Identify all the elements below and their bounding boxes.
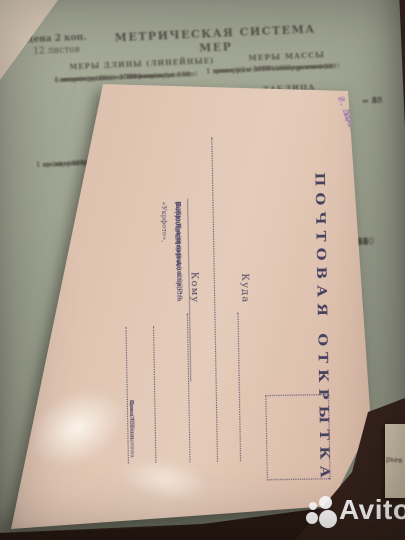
- avito-logo-icon: [309, 502, 317, 510]
- scrap-text-fragment: рьев: [386, 455, 403, 465]
- avito-wordmark: Avito: [339, 494, 405, 526]
- postcard-edge-shading: [0, 0, 405, 540]
- page-scrap: рьев: [385, 424, 405, 498]
- avito-logo-icon: [319, 510, 337, 528]
- avito-watermark: Avito: [302, 492, 402, 534]
- avito-logo-icon: [306, 512, 318, 524]
- avito-logo-icon: [319, 496, 332, 509]
- listing-photo: Цена 2 коп. 12 листов МЕТРИЧЕСКАЯ СИСТЕМ…: [0, 0, 405, 540]
- postcard: ПОЧТОВАЯ ОТКРЫТКА г. Москва 2/IV-57 Куда…: [0, 0, 405, 540]
- postcard-wrap: ПОЧТОВАЯ ОТКРЫТКА г. Москва 2/IV-57 Куда…: [0, 0, 405, 540]
